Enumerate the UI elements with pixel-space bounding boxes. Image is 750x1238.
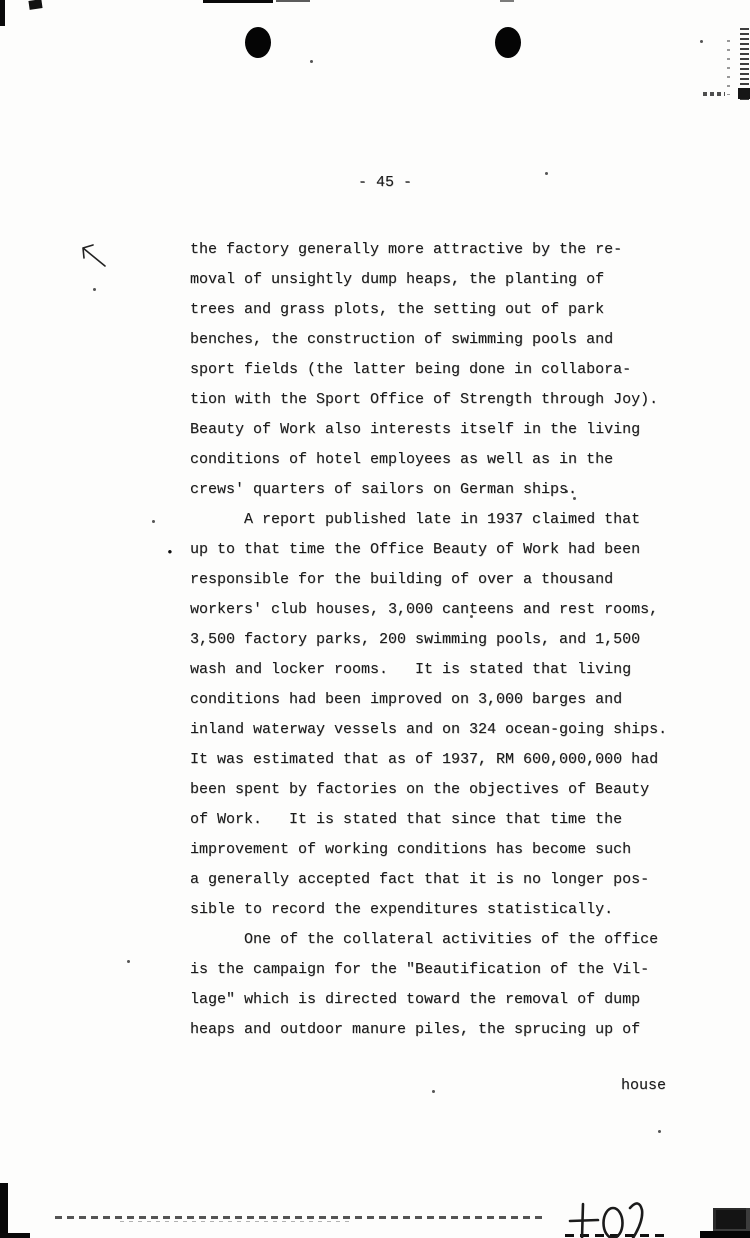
handwritten-note	[560, 1196, 670, 1238]
scan-edge-mark	[0, 1183, 8, 1238]
text-line: improvement of working conditions has be…	[190, 835, 667, 865]
text-line: sport fields (the latter being done in c…	[190, 355, 667, 385]
text-line: moval of unsightly dump heaps, the plant…	[190, 265, 667, 295]
noise-speck	[545, 172, 548, 175]
punch-hole-right	[495, 27, 521, 58]
noise-speck	[573, 497, 576, 500]
scan-edge-mark	[738, 88, 750, 99]
body-text: the factory generally more attractive by…	[190, 235, 667, 1045]
text-line: wash and locker rooms. It is stated that…	[190, 655, 667, 685]
noise-speck	[565, 490, 568, 493]
scan-edge-mark	[28, 0, 42, 10]
noise-speck	[658, 1130, 661, 1133]
text-line: responsible for the building of over a t…	[190, 565, 667, 595]
bottom-dashed-rule	[55, 1216, 547, 1219]
text-line: tion with the Sport Office of Strength t…	[190, 385, 667, 415]
text-line: workers' club houses, 3,000 canteens and…	[190, 595, 667, 625]
noise-speck	[93, 288, 96, 291]
page-number: - 45 -	[358, 174, 412, 191]
text-line: of Work. It is stated that since that ti…	[190, 805, 667, 835]
text-line: A report published late in 1937 claimed …	[190, 505, 667, 535]
text-line: been spent by factories on the objective…	[190, 775, 667, 805]
text-line: conditions of hotel employees as well as…	[190, 445, 667, 475]
text-line: sible to record the expenditures statist…	[190, 895, 667, 925]
scan-edge-mark	[703, 92, 725, 96]
text-line: 3,500 factory parks, 200 swimming pools,…	[190, 625, 667, 655]
scan-edge-mark	[700, 1231, 750, 1238]
noise-speck	[470, 615, 473, 618]
scan-noise-strip	[727, 40, 730, 95]
text-line: Beauty of Work also interests itself in …	[190, 415, 667, 445]
scan-edge-mark	[500, 0, 514, 2]
text-line: inland waterway vessels and on 324 ocean…	[190, 715, 667, 745]
catchword: house	[621, 1077, 666, 1094]
text-line: a generally accepted fact that it is no …	[190, 865, 667, 895]
scan-edge-mark	[276, 0, 310, 2]
bottom-dashed-rule	[120, 1221, 350, 1222]
scan-edge-mark	[0, 0, 5, 26]
text-line: benches, the construction of swimming po…	[190, 325, 667, 355]
scan-edge-mark	[203, 0, 273, 3]
noise-speck	[310, 60, 313, 63]
noise-speck	[127, 960, 130, 963]
text-line: lage" which is directed toward the remov…	[190, 985, 667, 1015]
text-line: One of the collateral activities of the …	[190, 925, 667, 955]
text-line: heaps and outdoor manure piles, the spru…	[190, 1015, 667, 1045]
text-line: crews' quarters of sailors on German shi…	[190, 475, 667, 505]
punch-hole-left	[245, 27, 271, 58]
scanned-document-page: - 45 - • the factory generally more attr…	[0, 0, 750, 1238]
text-line: is the campaign for the "Beautification …	[190, 955, 667, 985]
margin-bullet: •	[166, 545, 174, 560]
pen-check-mark	[75, 238, 117, 274]
noise-speck	[432, 1090, 435, 1093]
noise-speck	[152, 520, 155, 523]
text-line: trees and grass plots, the setting out o…	[190, 295, 667, 325]
text-line: the factory generally more attractive by…	[190, 235, 667, 265]
noise-speck	[700, 40, 703, 43]
text-line: up to that time the Office Beauty of Wor…	[190, 535, 667, 565]
scan-edge-mark	[0, 1233, 30, 1238]
text-line: It was estimated that as of 1937, RM 600…	[190, 745, 667, 775]
scan-ink-blob	[713, 1208, 750, 1232]
text-line: conditions had been improved on 3,000 ba…	[190, 685, 667, 715]
